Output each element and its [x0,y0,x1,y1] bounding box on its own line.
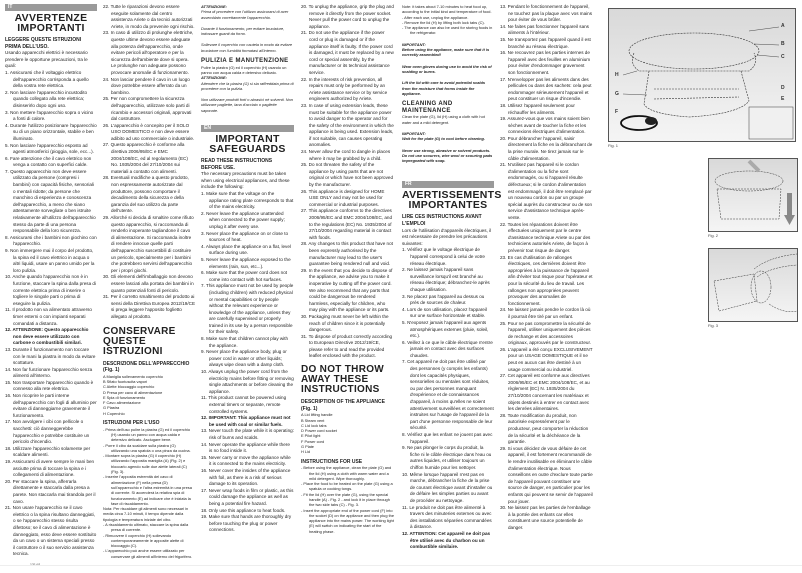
after-list-en: - After each use, unplug the appliance.-… [402,15,494,36]
clean-title-en: CLEANING AND MAINTENANCE [402,101,494,114]
list-item: 8. Vérifiez que les enfant ne jouent pas… [402,432,494,445]
list-item: 31. To dispose of product correctly acco… [301,334,394,360]
list-item: 10. Always unplug the power cord from th… [201,369,294,395]
list-item: 5. N'exposez jamais l'appareil aux agent… [402,320,494,340]
list-item: 17. Non avvolgere i cibi con pellicole o… [5,419,97,445]
list-item: 2. Ne laissez jamais l'appareil sans sur… [402,267,494,293]
list-item: 11. Il prodotto non va alimentato attrav… [5,307,97,327]
list-item: 7. Cet appareil ne doit pas être utilisé… [402,359,494,432]
intro-fr: Lors de l'utilisation d'appareils électr… [402,228,494,248]
items-fr-a: 1. Vérifiez que le voltage électrique de… [402,247,494,550]
list-item: - Fit the lid (H) over the plate (G), us… [301,492,394,508]
list-item: 11. This product cannot be powered using… [201,395,294,415]
list-item: 6. Veillez à ce que le câble électrique … [402,340,494,360]
lang-tag-en: EN [201,125,294,132]
list-item: 26. This appliance is designed for HOME … [301,189,394,209]
list-item: - Insert the appropriate end of the powe… [301,508,394,534]
list-item: 23. In caso di utilizzo di prolunghe ele… [103,30,195,76]
list-item: - L'apparecchio può anche essere utilizz… [103,548,195,559]
list-item: 15. Never carry or move the appliance wh… [201,455,294,468]
list-item: 17. N'envelopper pas les aliments dans d… [500,77,593,103]
list-item: 21. Do not use the appliance if the powe… [301,30,394,76]
clean-en: Clean the plate (G), lid (H) using a clo… [402,114,494,125]
items-it-b: 22. Tutte le riparazioni devono essere e… [103,4,195,321]
list-item: 24. Never allow the cord to dangle in pl… [301,149,394,162]
list-item: 19. Make sure that hands are thoroughly … [201,514,294,534]
desc-list-it: A Maniglia sollevamento coperchioB Sfiat… [103,374,195,416]
column-en-fr: Note: it takes about 7-10 minutes to hea… [402,4,494,551]
list-item: 16. Ne recouvrez pas les parties interne… [500,50,593,76]
list-item: 10. Même lorsque l'appareil n'est pas en… [402,472,494,505]
list-item: - The appliance can also be used for sto… [402,25,494,36]
lid-lock-drawing-icon [709,249,797,321]
fig2-caption: Fig. 2 [708,233,718,238]
list-item: 30. Packaging must never be left within … [301,314,394,334]
list-item: 1. Assicurarsi che il voltaggio elettric… [5,70,97,90]
label-a: A [781,23,785,29]
list-item: 29. Allorché si decida di smaltire come … [103,215,195,274]
list-item: 23. En cas d'utilisation de rallonges él… [500,255,593,308]
list-item: 16. Non ricoprire le parti interne dell'… [5,393,97,419]
list-item: 7. This appliance must not be used by pe… [201,283,294,336]
list-item: 24. Non lasciar pendere il cavo in un lu… [103,77,195,97]
list-item: 16. Never cover the insides of the appli… [201,468,294,488]
list-item: 1. Vérifiez que le voltage électrique de… [402,247,494,267]
list-item: 15. Ne transportez pas l'appareil quand … [500,37,593,50]
title-fr: AVERTISSEMENTS IMPORTANTES [402,190,494,210]
list-item: - Before using the appliance, clean the … [301,465,394,481]
list-item: - Rimuovere il coperchio (H) sollevando … [103,533,195,549]
list-item: 12. ATTENTION: Cet appareil ne doit pas … [402,531,494,551]
list-item: 20. Per staccare la spina, afferrarla di… [5,479,97,505]
list-item: 20. Pour débrancher l'appareil, saisir d… [500,136,593,162]
list-item: 21. N'utilisez pas l'appareil si le cord… [500,162,593,221]
label-h: H [615,72,619,78]
list-item: 1. Make sure that the voltage on the app… [201,191,294,211]
list-item: - Inserire l'apposita estremità del cavo… [103,474,195,506]
list-item: 18. Utilizzare l'apparecchio solamente p… [5,446,97,459]
list-item: 14. Ne faites pas fonctionner l'appareil… [500,24,593,37]
read-first-fr: LIRE CES INSTRUCTIONS AVANT L'EMPLOI [402,214,494,227]
list-item: 24. Ne laissez jamais pendre le cordon l… [500,307,593,320]
lang-tag-it: IT [5,4,97,11]
after-list-it: - A riscaldamento ultimato, staccare la … [103,522,195,559]
column-it-1: IT AVVERTENZE IMPORTANTI LEGGERE QUESTE … [5,4,97,558]
warn-gloves-en: Wear oven gloves during use to avoid the… [402,64,494,75]
list-item: 28. Eventuali modifiche a questo prodott… [103,175,195,215]
list-item: 6. Make sure that the power cord does no… [201,270,294,283]
list-item: 31. Per il corretto smaltimento del prod… [103,294,195,320]
figure-3 [708,248,798,322]
warn-lid-en: Lift the lid with care to avoid potentia… [402,80,494,96]
keep-it: CONSERVARE QUESTE ISTRUZIONI [103,327,195,357]
list-item: 28. Toute modification du produit, non a… [500,413,593,446]
list-item: 9. Ne pas plonger le corps du produit, l… [402,445,494,471]
list-item: 10. Anche quando l'apparecchio non è in … [5,274,97,307]
list-item: 30. Ne laissez pas les parties de l'emba… [500,505,593,531]
list-item: 27. Cet appareil est conforme aux direct… [500,373,593,413]
column-it-2: 22. Tutte le riparazioni devono essere e… [103,4,195,559]
list-item: 3. Never place the appliance on or close… [201,231,294,244]
use-list-it: - Prima dell'uso pulire la piastra (G) e… [103,427,195,506]
lid-lifting-drawing-icon [709,159,797,231]
list-item: 3. Non mettere l'apparecchio sopra o vic… [5,110,97,123]
list-item: 22. Toutes les réparations doivent être … [500,222,593,255]
list-item: 9. Never place the appliance body, plug … [201,349,294,369]
warn-lid-it: Sollevare il coperchio con cautela in mo… [201,42,294,53]
manual-page: IT AVVERTENZE IMPORTANTI LEGGERE QUESTE … [0,0,802,573]
list-item: 12. ATTENZIONE: Questo apparecchio non d… [5,327,97,347]
label-b: B [781,41,785,47]
list-item: 12. IMPORTANT: This appliance must not b… [201,415,294,428]
list-item: 8. Make sure that children cannot play w… [201,336,294,349]
attn1-it: Prima di procedere con l'utilizzo assicu… [201,9,294,20]
appliance-drawing-icon [609,9,795,141]
list-item: 13. Durante il funzionamento non toccare… [5,347,97,367]
list-item: 30. Gli elementi dell'imballaggio non de… [103,274,195,294]
list-item: 6. Fare attenzione che il cavo elettrico… [5,156,97,169]
list-item: 20. To unplug the appliance, grip the pl… [301,4,394,30]
imp1-en: Before using the appliance, make sure th… [402,47,494,58]
note-it: Nota: Per riscaldare gli alimenti sono n… [103,506,195,522]
list-item: 8. Assicurarsi che i bambini non giochin… [5,235,97,248]
list-item: 22. Tutte le riparazioni devono essere e… [103,4,195,30]
list-item: 5. Never leave the appliance exposed to … [201,257,294,270]
list-item: 27. Questo apparecchio è conforme alla d… [103,142,195,175]
list-item: - Prima dell'uso pulire la piastra (G) e… [103,427,195,443]
list-item: 29. Si vous décidez de vous défaire de c… [500,446,593,505]
clean-it: Pulire la piastra (G) ed il coperchio (H… [201,65,294,76]
attn2-it: Attendere che la piastra (G) si sia raff… [201,81,294,92]
figure-1: A B C D E F G H [608,8,796,142]
list-item: 13. Never touch the plate while it is op… [201,428,294,441]
list-item: 4. Durante l'utilizzo posizionare l'appa… [5,123,97,143]
list-item: 3. Ne placez pas l'appareil au dessus ou… [402,294,494,307]
column-it-en: ATTENZIONE: Prima di procedere con l'uti… [201,4,294,534]
use-list-en: - Before using the appliance, clean the … [301,465,394,534]
note-en: Note: it takes about 7-10 minutes to hea… [402,4,494,15]
desc-title-en: DESCRIPTION OF THE APPLIANCE (Fig. 1) [301,399,394,412]
list-item: 19. Assicurarsi di avere sempre le mani … [5,459,97,479]
list-item: 5. Non lasciare l'apparecchio esposto ad… [5,143,97,156]
intro-en: The necessary precautions must be taken … [201,171,294,191]
use-title-it: ISTRUZIONI PER L'USO [103,420,195,427]
fig3-caption: Fig. 3 [708,323,718,328]
desc-title-it: DESCRIZIONE DELL'APPARECCHIO (Fig. 1) [103,361,195,374]
read-first-it: LEGGERE QUESTE ISTRUZIONI PRIMA DELL'USO… [5,37,97,50]
list-item: 17. Never wrap foods in film or plastic,… [201,488,294,508]
list-item: 9. Non immergere mai il corpo del prodot… [5,248,97,274]
list-item: 29. In the event that you decide to disp… [301,268,394,314]
list-item: 18. Utilisez l'appareil seulement pour r… [500,103,593,116]
list-item: 4. Lors de son utilisation, placez l'app… [402,307,494,320]
list-item: 14. Non far funzionare l'apparecchio sen… [5,367,97,380]
label-e: E [781,96,784,102]
title-en: IMPORTANT SAFEGUARDS [201,134,294,154]
list-item: 27. This appliance conforms to the direc… [301,208,394,241]
list-item: 25. Pour ne pas compromettre la sécurité… [500,321,593,347]
list-item: 14. Never operate the appliance while th… [201,442,294,455]
lang-tag-fr: FR [402,181,494,188]
label-d: D [781,85,785,91]
list-item: 26. L'apparecchio è concepito per il SOL… [103,123,195,143]
imp2-en: Wait for the plate (G) to cool before cl… [402,136,494,141]
read-first-en: READ THESE INSTRUCTIONS BEFORE USE. [201,158,294,171]
list-item: 7. Questo apparecchio non deve essere ut… [5,169,97,235]
clean-title-it: PULIZIA E MANUTENZIONE [201,58,294,65]
figure-2 [708,158,798,232]
list-item: 23. In case of using extension leads, th… [301,103,394,149]
items-it-a: 1. Assicurarsi che il voltaggio elettric… [5,70,97,558]
fig1-caption: Fig. 1 [608,143,618,148]
items-en-b: 20. To unplug the appliance, grip the pl… [301,4,394,360]
list-item: H Coperchio [103,411,195,416]
footer-rule [0,565,802,566]
no-abrasive-it: Non utilizzare prodotti forti o abrasivi… [201,97,294,113]
list-item: - Porre il cibo da scaldare sulla piastr… [103,443,195,454]
list-item: 2. Never leave the appliance unattended … [201,211,294,231]
no-abrasive-en: Never use strong, abrasive or solvent pr… [402,148,494,164]
title-it: AVVERTENZE IMPORTANTI [5,13,97,33]
column-fr-2: 13. Pendant le fonctionnement de l'appar… [500,4,593,532]
label-c: C [781,54,785,60]
list-item: - Montare sopra la piastra (G) il coperc… [103,453,195,474]
desc-list-en: A Lid lifting handleB Steam ventC Lid lo… [301,412,394,454]
list-item: 28. Any changes to this product that hav… [301,241,394,267]
column-en-2: 20. To unplug the appliance, grip the pl… [301,4,394,534]
list-item: 21. Non usare l'apparecchio se il cavo e… [5,505,97,558]
items-en-a: 1. Make sure that the voltage on the app… [201,191,294,534]
list-item: 22. In the interests of risk prevention,… [301,77,394,103]
list-item: 13. Pendant le fonctionnement de l'appar… [500,4,593,24]
use-title-en: INSTRUCTIONS FOR USE [301,459,394,466]
list-item: - A riscaldamento ultimato, staccare la … [103,522,195,533]
list-item: 2. Non lasciare l'apparecchio incustodit… [5,90,97,110]
warn-burns-it: Durante il funzionamento, per evitare br… [201,26,294,37]
list-item: H Lid [301,449,394,454]
list-item: 25. Per non compromettere la sicurezza d… [103,96,195,122]
list-item: 11. Le produit ne doit pas être alimenté… [402,505,494,531]
keep-en: DO NOT THROW AWAY THESE INSTRUCTIONS [301,365,394,395]
items-fr-b: 13. Pendant le fonctionnement de l'appar… [500,4,593,532]
list-item: 26. L'appareil a été conçu EXCLUSIVEMENT… [500,347,593,373]
label-g: G [615,91,619,97]
list-item: 18. Only use this appliance to heat food… [201,508,294,515]
list-item: - Place the food to be heated on the pla… [301,481,394,492]
list-item: 19. Assurez-vous que vos mains soient bi… [500,116,593,136]
label-f: F [615,109,618,115]
list-item: 15. Non trasportare l'apparecchio quando… [5,380,97,393]
list-item: 25. Do not threaten the safety of the ap… [301,162,394,188]
intro-it: Usando apparecchi elettrici è necessario… [5,50,97,70]
list-item: 4. Always place the appliance on a flat,… [201,244,294,257]
